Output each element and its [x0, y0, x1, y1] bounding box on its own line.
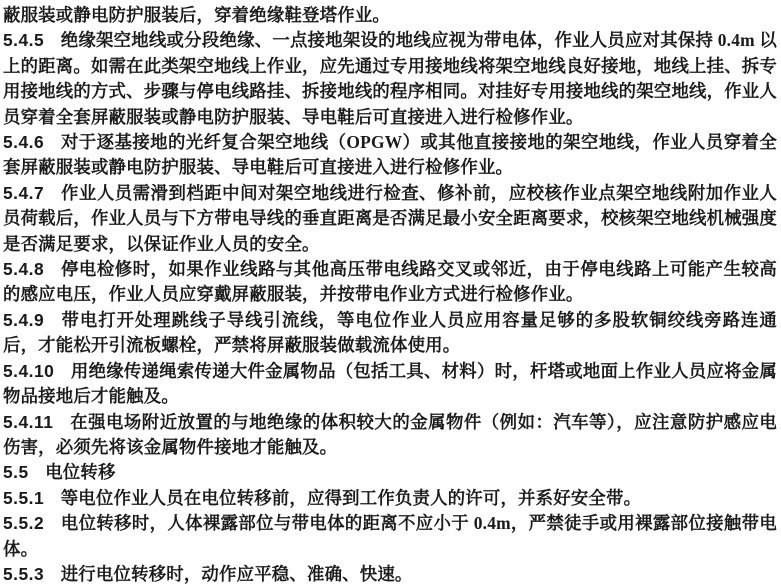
section-text: 作业人员需滑到档距中间对架空地线进行检查、修补前，应校核作业点架空地线附加作业人…	[3, 183, 777, 254]
section-text: 带电打开处理跳线子导线引流线，等电位作业人员应用容量足够的多股软铜绞线旁路连通后…	[3, 310, 777, 355]
section-paragraph-5-4-6: 5.4.6对于逐基接地的光纤复合架空地线（OPGW）或其他直接接地的架空地线，作…	[3, 130, 777, 181]
section-number: 5.4.5	[3, 30, 44, 50]
section-paragraph-5-5-1: 5.5.1等电位作业人员在电位转移前，应得到工作负责人的许可，并系好安全带。	[3, 486, 777, 511]
section-paragraph-5-4-9: 5.4.9带电打开处理跳线子导线引流线，等电位作业人员应用容量足够的多股软铜绞线…	[3, 308, 777, 359]
section-text: 对于逐基接地的光纤复合架空地线（OPGW）或其他直接接地的架空地线，作业人员穿着…	[3, 132, 777, 177]
section-paragraph-5-4-5: 5.4.5绝缘架空地线或分段绝缘、一点接地架设的地线应视为带电体，作业人员应对其…	[3, 28, 777, 130]
section-text: 绝缘架空地线或分段绝缘、一点接地架设的地线应视为带电体，作业人员应对其保持 0.…	[3, 30, 777, 126]
section-number: 5.5.3	[3, 564, 44, 584]
section-number: 5.4.11	[3, 412, 53, 432]
section-text: 电位转移时，人体裸露部位与带电体的距离不应小于 0.4m，严禁徒手或用裸露部位接…	[3, 513, 777, 558]
section-number: 5.4.9	[3, 310, 44, 330]
section-paragraph-5-4-8: 5.4.8停电检修时，如果作业线路与其他高压带电线路交叉或邻近，由于停电线路上可…	[3, 257, 777, 308]
document-page: 蔽服装或静电防护服装后，穿着绝缘鞋登塔作业。 5.4.5绝缘架空地线或分段绝缘、…	[0, 0, 781, 587]
section-paragraph-5-5-3: 5.5.3进行电位转移时，动作应平稳、准确、快速。	[3, 562, 777, 587]
section-number: 5.5	[3, 462, 29, 482]
section-text: 停电检修时，如果作业线路与其他高压带电线路交叉或邻近，由于停电线路上可能产生较高…	[3, 259, 777, 304]
section-number: 5.4.6	[3, 132, 44, 152]
section-paragraph-5-4-7: 5.4.7作业人员需滑到档距中间对架空地线进行检查、修补前，应校核作业点架空地线…	[3, 181, 777, 257]
section-text: 等电位作业人员在电位转移前，应得到工作负责人的许可，并系好安全带。	[61, 488, 642, 508]
section-heading-5-5: 5.5电位转移	[3, 460, 777, 485]
section-heading-text: 电位转移	[45, 462, 115, 482]
section-number: 5.4.7	[3, 183, 44, 203]
section-text: 在强电场附近放置的与地绝缘的体积较大的金属物件（例如：汽车等），应注意防护感应电…	[3, 412, 777, 457]
section-number: 5.5.1	[3, 488, 44, 508]
section-paragraph-5-4-10: 5.4.10用绝缘传递绳索传递大件金属物品（包括工具、材料）时，杆塔或地面上作业…	[3, 359, 777, 410]
section-paragraph-5-4-11: 5.4.11在强电场附近放置的与地绝缘的体积较大的金属物件（例如：汽车等），应注…	[3, 410, 777, 461]
continuation-paragraph: 蔽服装或静电防护服装后，穿着绝缘鞋登塔作业。	[3, 3, 777, 28]
section-number: 5.5.2	[3, 513, 44, 533]
paragraph-text: 蔽服装或静电防护服装后，穿着绝缘鞋登塔作业。	[3, 5, 390, 25]
section-text: 用绝缘传递绳索传递大件金属物品（包括工具、材料）时，杆塔或地面上作业人员应将金属…	[3, 361, 777, 406]
section-text: 进行电位转移时，动作应平稳、准确、快速。	[61, 564, 413, 584]
section-paragraph-5-5-2: 5.5.2电位转移时，人体裸露部位与带电体的距离不应小于 0.4m，严禁徒手或用…	[3, 511, 777, 562]
section-number: 5.4.8	[3, 259, 44, 279]
section-number: 5.4.10	[3, 361, 54, 381]
